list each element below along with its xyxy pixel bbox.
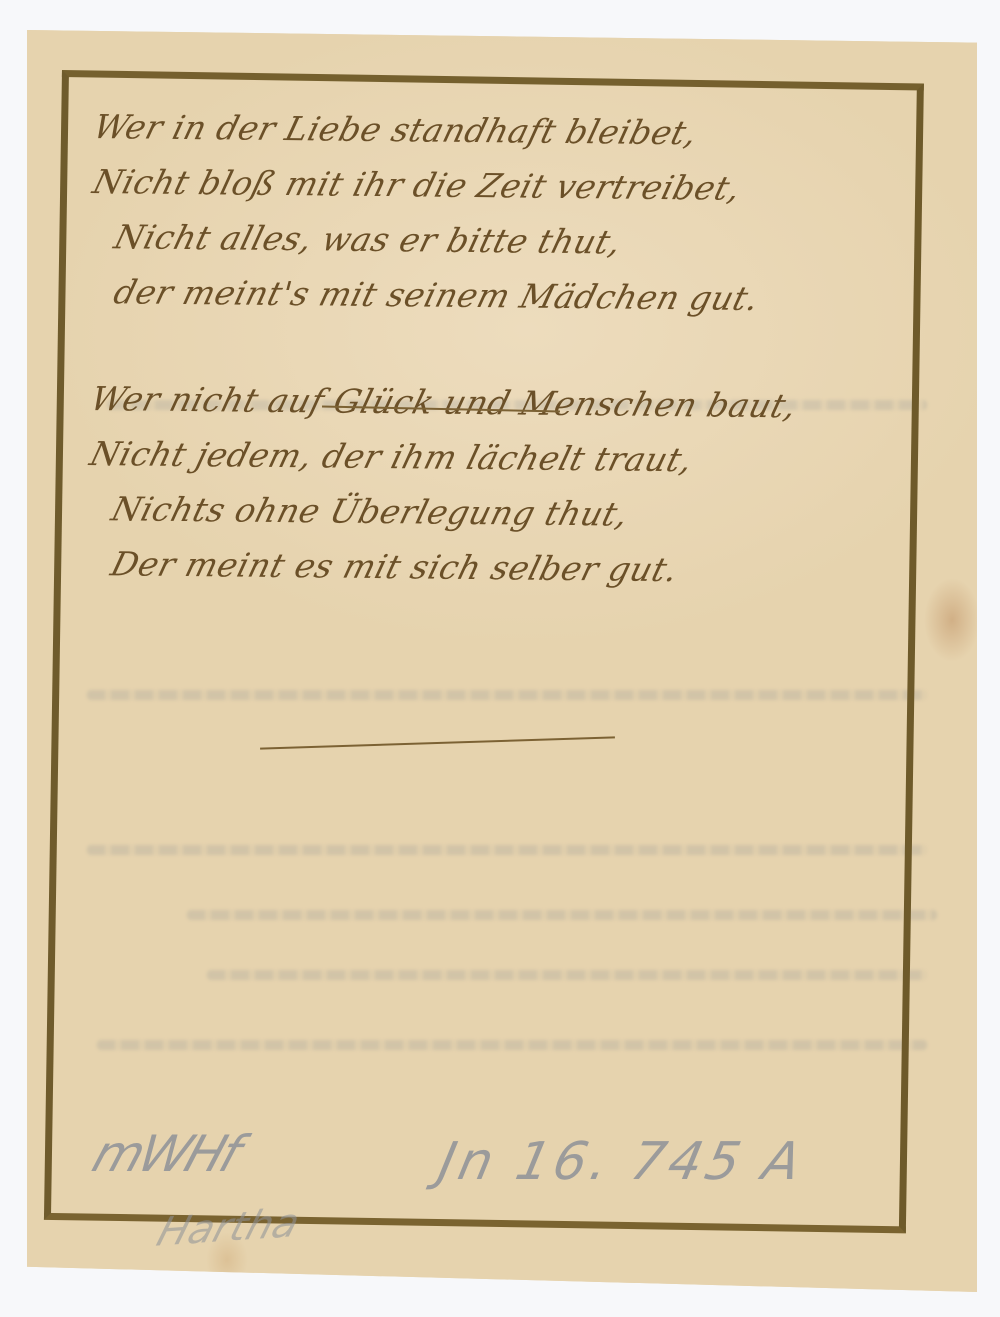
poem-line: Der meint es mit sich selber gut. [102, 547, 924, 610]
stanza-2: Wer nicht auf Glück und Menschen baut, N… [87, 382, 919, 611]
pencil-catalog-number: Jn 16. 745 A [434, 1132, 810, 1192]
pencil-siglum: mWHf [86, 1125, 246, 1183]
poem: Wer in der Liebe standhaft bleibet, Nich… [87, 110, 922, 611]
stanza-1: Wer in der Liebe standhaft bleibet, Nich… [90, 110, 922, 339]
poem-line: der meint's mit seinem Mädchen gut. [105, 275, 927, 338]
